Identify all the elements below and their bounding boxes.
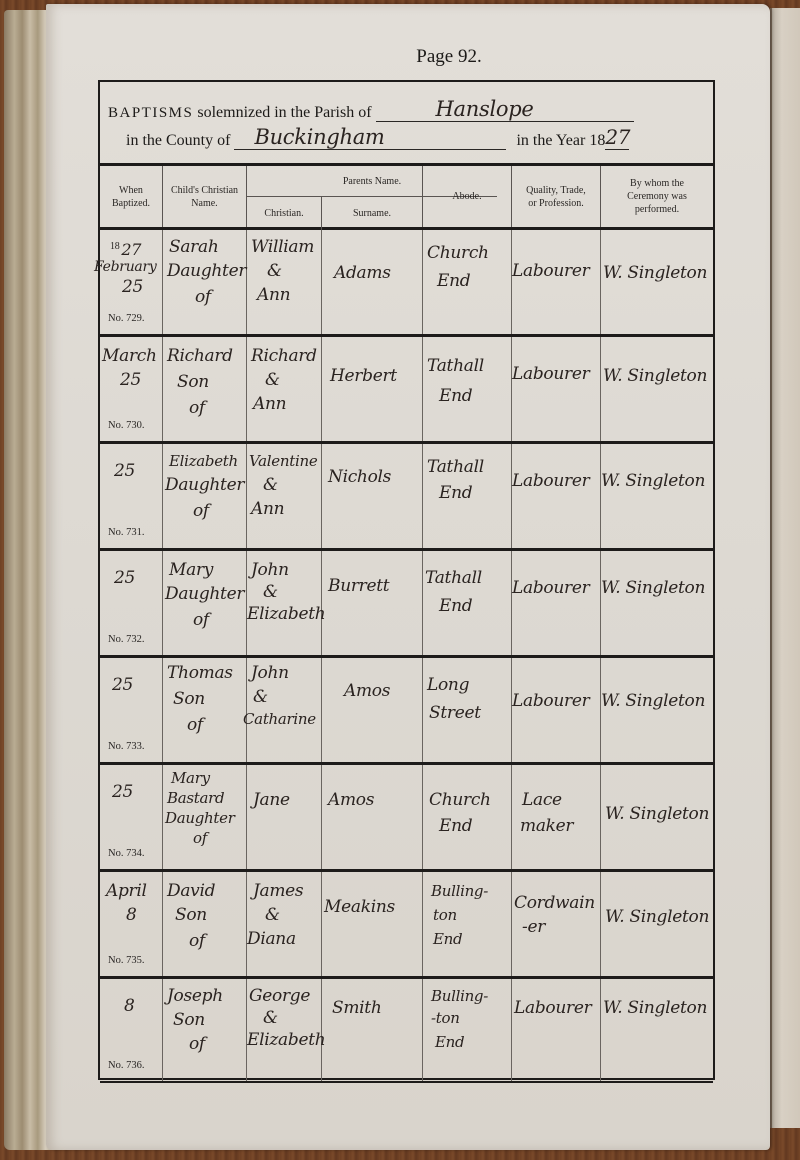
parent-2: Elizabeth: [247, 601, 325, 627]
cell-parents-christian: John & Elizabeth: [247, 551, 322, 655]
parent-2: Ann: [251, 496, 284, 522]
entry-day: 8: [126, 902, 137, 928]
child-of: of: [195, 284, 211, 310]
cell-abode: Tathall End: [423, 337, 512, 441]
entry-day: 25: [112, 779, 133, 805]
cell-quality: Labourer: [512, 658, 601, 762]
cell-child: Joseph Son of: [163, 979, 247, 1081]
quality-line-1: Labourer: [512, 258, 589, 284]
cell-quality: Cordwain -er: [512, 872, 601, 976]
officiant-signature: W. Singleton: [605, 904, 709, 930]
cell-officiant: W. Singleton: [601, 444, 713, 548]
cell-date: 25 No. 732.: [100, 551, 163, 655]
cell-officiant: W. Singleton: [601, 337, 713, 441]
cell-quality: Labourer: [512, 230, 601, 334]
surname: Adams: [334, 260, 391, 286]
county-field: Buckingham: [234, 132, 506, 150]
officiant-signature: W. Singleton: [603, 363, 707, 389]
cell-quality: Labourer: [512, 979, 601, 1081]
child-of: of: [193, 607, 209, 633]
county-label: in the County of: [126, 132, 230, 149]
parent-1: Jane: [253, 787, 290, 813]
cell-surname: Burrett: [322, 551, 423, 655]
child-of: of: [193, 827, 207, 849]
cell-date: 25 No. 733.: [100, 658, 163, 762]
cell-date: 1827 February 25 No. 729.: [100, 230, 163, 334]
parent-2: Diana: [247, 926, 296, 952]
child-name: Mary: [169, 557, 213, 583]
quality-line-1: Labourer: [514, 995, 591, 1021]
parent-and: &: [265, 367, 280, 393]
child-relation: Daughter: [165, 472, 244, 498]
parent-1: John: [251, 660, 289, 686]
entry-day: 25: [120, 367, 141, 393]
abode-line-1: Church: [429, 787, 491, 813]
county-name: Buckingham: [254, 125, 384, 149]
child-relation: Son: [177, 369, 209, 395]
abode-line-2: -ton: [431, 1007, 460, 1029]
quality-line-2: -er: [522, 914, 545, 940]
abode-line-2: End: [437, 268, 470, 294]
cell-child: Richard Son of: [163, 337, 247, 441]
cell-parents-christian: William & Ann: [247, 230, 322, 334]
cell-surname: Amos: [322, 658, 423, 762]
cell-date: 8 No. 736.: [100, 979, 163, 1081]
register-page: Page 92. BAPTISMS solemnized in the Pari…: [46, 4, 770, 1150]
title-solemnized: solemnized in the Parish of: [197, 104, 371, 121]
entry-number: No. 732.: [108, 634, 144, 645]
quality-line-1: Labourer: [512, 361, 589, 387]
abode-line-1: Tathall: [427, 454, 484, 480]
parent-1: Richard: [251, 343, 317, 369]
abode-line-1: Church: [427, 240, 489, 266]
cell-child: Mary Daughter of: [163, 551, 247, 655]
register-title-block: BAPTISMS solemnized in the Parish of Han…: [100, 82, 713, 166]
child-relation-1: Bastard: [167, 787, 224, 809]
surname: Amos: [328, 787, 374, 813]
abode-line-1: Long: [427, 672, 469, 698]
header-officiant: By whom the Ceremony was performed.: [601, 166, 713, 227]
cell-quality: Labourer: [512, 444, 601, 548]
register-entry: 25 No. 733. Thomas Son of John & Cathari…: [100, 658, 713, 765]
cell-officiant: W. Singleton: [601, 230, 713, 334]
quality-line-2: maker: [520, 813, 573, 839]
entry-number: No. 733.: [108, 741, 144, 752]
cell-abode: Bulling- ton End: [423, 872, 512, 976]
header-child-name: Child's Christian Name.: [163, 166, 247, 227]
parent-2: Ann: [257, 282, 290, 308]
cell-officiant: W. Singleton: [601, 872, 713, 976]
surname: Amos: [344, 678, 390, 704]
cell-quality: Lace maker: [512, 765, 601, 869]
abode-line-2: End: [439, 480, 472, 506]
child-name: Joseph: [167, 983, 223, 1009]
header-parents-surname: Surname.: [353, 207, 391, 220]
cell-parents-christian: James & Diana: [247, 872, 322, 976]
child-relation: Daughter: [165, 581, 244, 607]
parent-1: George: [249, 983, 310, 1009]
abode-line-3: End: [433, 928, 462, 950]
cell-date: 25 No. 734.: [100, 765, 163, 869]
year-value: 27: [605, 125, 630, 149]
cell-surname: Adams: [322, 230, 423, 334]
officiant-signature: W. Singleton: [601, 575, 705, 601]
child-relation: Son: [173, 686, 205, 712]
child-of: of: [189, 1031, 205, 1057]
quality-line-1: Labourer: [512, 575, 589, 601]
abode-line-2: End: [439, 813, 472, 839]
cell-officiant: W. Singleton: [601, 979, 713, 1081]
child-relation: Son: [173, 1007, 205, 1033]
surname: Burrett: [328, 573, 389, 599]
cell-parents-christian: John & Catharine: [247, 658, 322, 762]
header-quality: Quality, Trade, or Profession.: [512, 166, 601, 227]
header-parents-christian: Christian.: [247, 197, 322, 230]
surname: Herbert: [330, 363, 397, 389]
cell-abode: Church End: [423, 230, 512, 334]
title-baptisms: BAPTISMS: [108, 105, 193, 121]
title-line-parish: BAPTISMS solemnized in the Parish of Han…: [108, 104, 634, 122]
cell-parents-christian: Valentine & Ann: [247, 444, 322, 548]
child-name: Sarah: [169, 234, 219, 260]
parish-name: Hanslope: [436, 97, 534, 121]
register-entry: 25 No. 734. Mary Bastard Daughter of Jan…: [100, 765, 713, 872]
child-relation-2: Daughter: [165, 807, 235, 829]
cell-officiant: W. Singleton: [601, 658, 713, 762]
cell-abode: Long Street: [423, 658, 512, 762]
cell-quality: Labourer: [512, 551, 601, 655]
facing-page-right: [770, 8, 800, 1128]
cell-parents-christian: George & Elizabeth: [247, 979, 322, 1081]
child-name: David: [167, 878, 215, 904]
parent-2: Elizabeth: [247, 1027, 325, 1053]
page-number: Page 92.: [46, 46, 770, 68]
cell-date: April 8 No. 735.: [100, 872, 163, 976]
officiant-signature: W. Singleton: [601, 688, 705, 714]
surname: Nichols: [328, 464, 391, 490]
cell-date: March 25 No. 730.: [100, 337, 163, 441]
cell-surname: Smith: [322, 979, 423, 1081]
officiant-signature: W. Singleton: [605, 801, 709, 827]
parent-2: Ann: [253, 391, 286, 417]
child-name: Thomas: [167, 660, 233, 686]
register-entry: April 8 No. 735. David Son of James & Di…: [100, 872, 713, 979]
entry-number: No. 731.: [108, 527, 144, 538]
register-entry: 25 No. 731. Elizabeth Daughter of Valent…: [100, 444, 713, 551]
cell-surname: Herbert: [322, 337, 423, 441]
officiant-signature: W. Singleton: [603, 260, 707, 286]
abode-line-2: End: [439, 383, 472, 409]
abode-line-2: End: [439, 593, 472, 619]
quality-line-1: Lace: [522, 787, 562, 813]
cell-surname: Amos: [322, 765, 423, 869]
cell-child: Sarah Daughter of: [163, 230, 247, 334]
abode-line-2: ton: [433, 904, 457, 926]
quality-line-1: Labourer: [512, 468, 589, 494]
cell-abode: Bulling- -ton End: [423, 979, 512, 1081]
quality-line-1: Cordwain: [514, 890, 595, 916]
cell-abode: Tathall End: [423, 444, 512, 548]
abode-line-1: Tathall: [427, 353, 484, 379]
cell-child: David Son of: [163, 872, 247, 976]
child-relation: Daughter: [167, 258, 246, 284]
cell-abode: Tathall End: [423, 551, 512, 655]
parent-1: Valentine: [249, 448, 317, 474]
child-of: of: [193, 498, 209, 524]
cell-surname: Nichols: [322, 444, 423, 548]
register-entry: March 25 No. 730. Richard Son of Richard…: [100, 337, 713, 444]
register-entry: 8 No. 736. Joseph Son of George & Elizab…: [100, 979, 713, 1083]
entry-month: April: [106, 878, 147, 904]
entry-day: 25: [114, 458, 135, 484]
parent-1: William: [251, 234, 314, 260]
surname: Meakins: [324, 894, 395, 920]
cell-surname: Meakins: [322, 872, 423, 976]
surname: Smith: [332, 995, 381, 1021]
header-when-baptized: When Baptized.: [100, 166, 163, 227]
cell-parents-christian: Richard & Ann: [247, 337, 322, 441]
entry-number: No. 736.: [108, 1060, 144, 1071]
cell-officiant: W. Singleton: [601, 551, 713, 655]
cell-child: Mary Bastard Daughter of: [163, 765, 247, 869]
parent-and: &: [265, 902, 280, 928]
cell-abode: Church End: [423, 765, 512, 869]
register-entry: 25 No. 732. Mary Daughter of John & Eliz…: [100, 551, 713, 658]
parish-field: Hanslope: [376, 104, 634, 122]
column-header-row: When Baptized. Child's Christian Name. P…: [100, 166, 713, 230]
child-of: of: [189, 928, 205, 954]
year-field: 27: [605, 132, 629, 150]
parent-2: Catharine: [243, 706, 316, 732]
cell-child: Thomas Son of: [163, 658, 247, 762]
entry-month: March: [102, 343, 157, 369]
abode-line-2: Street: [429, 700, 481, 726]
child-name: Richard: [167, 343, 233, 369]
officiant-signature: W. Singleton: [603, 995, 707, 1021]
baptism-register-table: BAPTISMS solemnized in the Parish of Han…: [98, 80, 715, 1080]
header-parents-surname-col: Surname.: [322, 166, 423, 227]
entry-number: No. 730.: [108, 420, 144, 431]
title-line-county: in the County of Buckingham in the Year …: [126, 132, 629, 150]
child-of: of: [189, 395, 205, 421]
quality-line-1: Labourer: [512, 688, 589, 714]
entry-day: 25: [122, 274, 143, 300]
abode-line-3: End: [435, 1031, 464, 1053]
abode-line-1: Tathall: [425, 565, 482, 591]
abode-line-1: Bulling-: [431, 985, 488, 1007]
officiant-signature: W. Singleton: [601, 468, 705, 494]
cell-parents-christian: Jane: [247, 765, 322, 869]
child-of: of: [187, 712, 203, 738]
child-relation: Son: [175, 902, 207, 928]
cell-officiant: W. Singleton: [601, 765, 713, 869]
entry-day: 8: [124, 993, 135, 1019]
header-abode: Abode.: [423, 166, 512, 227]
abode-line-1: Bulling-: [431, 880, 488, 902]
child-name: Mary: [171, 767, 210, 789]
parent-and: &: [267, 258, 282, 284]
entry-number: No. 729.: [108, 313, 144, 324]
parent-1: James: [253, 878, 303, 904]
child-name: Elizabeth: [169, 448, 238, 474]
entry-day: 25: [114, 565, 135, 591]
register-entry: 1827 February 25 No. 729. Sarah Daughter…: [100, 230, 713, 337]
cell-date: 25 No. 731.: [100, 444, 163, 548]
cell-quality: Labourer: [512, 337, 601, 441]
year-label: in the Year 18: [516, 132, 605, 149]
parent-and: &: [263, 472, 278, 498]
cell-child: Elizabeth Daughter of: [163, 444, 247, 548]
entry-number: No. 735.: [108, 955, 144, 966]
entry-day: 25: [112, 672, 133, 698]
entry-number: No. 734.: [108, 848, 144, 859]
